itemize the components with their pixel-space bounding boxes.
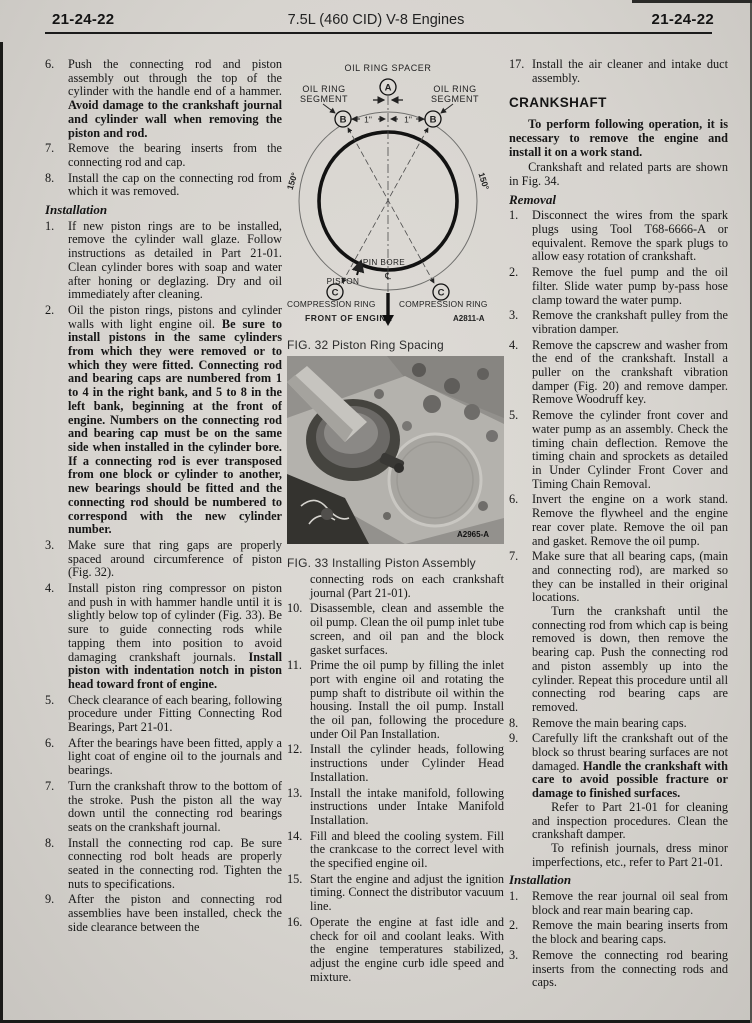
- item-body: Remove the fuel pump and the oil filter.…: [532, 266, 728, 307]
- list-item: 3.Remove the crankshaft pulley from the …: [509, 309, 728, 336]
- item-body: Start the engine and adjust the ignition…: [310, 873, 504, 914]
- photo-bolt-hole: [423, 395, 441, 413]
- item-number: 14.: [287, 830, 310, 871]
- body-text: Disassemble, clean and assemble the oil …: [310, 601, 504, 656]
- text-line: Turn the crankshaft until the connecting…: [532, 605, 728, 715]
- body-text: Invert the engine on a work stand. Remov…: [532, 492, 728, 547]
- item-number: 3.: [45, 539, 68, 580]
- body-text: Remove the cylinder front cover and wate…: [532, 408, 728, 491]
- photo-deck-hole: [478, 501, 488, 511]
- item-number: 7.: [509, 550, 532, 714]
- figure-32-caption: FIG. 32 Piston Ring Spacing: [287, 338, 504, 352]
- column-middle-text: connecting rods on each crankshaft journ…: [287, 571, 504, 1011]
- text-line: Disconnect the wires from the spark plug…: [532, 209, 728, 264]
- item-number: 1.: [509, 890, 532, 917]
- photo-bolt-hole: [477, 368, 489, 380]
- list-item: 7.Make sure that all bearing caps, (main…: [509, 550, 728, 714]
- page-number-right: 21-24-22: [652, 11, 714, 28]
- body-text: Turn the crankshaft throw to the bottom …: [68, 779, 282, 834]
- text-line: Prime the oil pump by filling the inlet …: [310, 659, 504, 741]
- list-item: 2.Oil the piston rings, pistons and cyli…: [45, 304, 282, 537]
- marker-c-label: C: [332, 288, 339, 299]
- item-number: 5.: [45, 694, 68, 735]
- subsection-heading: Removal: [509, 193, 728, 207]
- page-title: 7.5L (460 CID) V-8 Engines: [0, 12, 752, 28]
- text-line: Remove the main bearing caps.: [532, 717, 728, 731]
- item-number: 1.: [45, 220, 68, 302]
- list-item: 12.Install the cylinder heads, following…: [287, 743, 504, 784]
- list-item: 8.Remove the main bearing caps.: [509, 717, 728, 731]
- body-text: Make sure that all bearing caps, (main a…: [532, 549, 728, 604]
- text-line: To refinish journals, dress minor imperf…: [532, 842, 728, 869]
- body-text: If new piston rings are to be installed,…: [68, 219, 282, 302]
- text-line: Remove the crankshaft pulley from the vi…: [532, 309, 728, 336]
- subsection-heading: Installation: [509, 873, 728, 887]
- one-inch-label: 1": [404, 115, 412, 125]
- marker-b-label: B: [340, 115, 347, 126]
- text-line: Push the connecting rod and piston assem…: [68, 58, 282, 140]
- item-number: 1.: [509, 209, 532, 264]
- body-text: Make sure that ring gaps are properly sp…: [68, 538, 282, 579]
- leader-arrow: [323, 104, 335, 113]
- text-line: Make sure that ring gaps are properly sp…: [68, 539, 282, 580]
- marker-a-label: A: [385, 83, 392, 94]
- section-heading: CRANKSHAFT: [509, 96, 728, 110]
- list-item: 10.Disassemble, clean and assemble the o…: [287, 602, 504, 657]
- list-item: 7.Remove the bearing inserts from the co…: [45, 142, 282, 169]
- photo-bolt-hole: [444, 378, 460, 394]
- body-text: Remove the crankshaft pulley from the vi…: [532, 308, 728, 336]
- body-text: Check clearance of each bearing, followi…: [68, 693, 282, 734]
- body-text: After the bearings have been fitted, app…: [68, 736, 282, 777]
- text-line: Remove the capscrew and washer from the …: [532, 339, 728, 408]
- text-line: Crankshaft and related parts are shown i…: [509, 161, 728, 188]
- item-number: 15.: [287, 873, 310, 914]
- text-line: Install the intake manifold, following i…: [310, 787, 504, 828]
- body-text: Remove the main bearing caps.: [532, 716, 687, 730]
- item-number: 11.: [287, 659, 310, 741]
- installing-piston-photo: A2965-A: [287, 356, 504, 544]
- item-body: Remove the capscrew and washer from the …: [532, 339, 728, 408]
- text-line: Remove the main bearing inserts from the…: [532, 919, 728, 946]
- text-line: After the bearings have been fitted, app…: [68, 737, 282, 778]
- text-line: If new piston rings are to be installed,…: [68, 220, 282, 302]
- item-number: 2.: [45, 304, 68, 537]
- list-item: 1.Remove the rear journal oil seal from …: [509, 890, 728, 917]
- text-line: Oil the piston rings, pistons and cylind…: [68, 304, 282, 537]
- text-line: Fill and bleed the cooling system. Fill …: [310, 830, 504, 871]
- photo-deck-hole: [383, 512, 391, 520]
- text-line: To perform following operation, it is ne…: [509, 118, 728, 159]
- item-body: Install the intake manifold, following i…: [310, 787, 504, 828]
- item-body: Remove the cylinder front cover and wate…: [532, 409, 728, 491]
- list-item: 5.Remove the cylinder front cover and wa…: [509, 409, 728, 491]
- text-line: Install the cylinder heads, following in…: [310, 743, 504, 784]
- body-text: Push the connecting rod and piston assem…: [68, 57, 282, 98]
- column-left: 6.Push the connecting rod and piston ass…: [45, 56, 282, 1008]
- item-body: After the bearings have been fitted, app…: [68, 737, 282, 778]
- photo-bolt-hole: [402, 421, 412, 431]
- list-item: 3.Make sure that ring gaps are properly …: [45, 539, 282, 580]
- item-number: 2.: [509, 919, 532, 946]
- front-of-engine-label: FRONT OF ENGINE: [305, 313, 392, 323]
- text-line: Start the engine and adjust the ignition…: [310, 873, 504, 914]
- item-number: 6.: [45, 737, 68, 778]
- scan-edge-top-right: [632, 0, 752, 3]
- paragraph: connecting rods on each crankshaft journ…: [287, 573, 504, 600]
- item-number: 8.: [45, 837, 68, 892]
- item-number: 13.: [287, 787, 310, 828]
- list-item: 13.Install the intake manifold, followin…: [287, 787, 504, 828]
- text-line: Install the air cleaner and intake duct …: [532, 58, 728, 85]
- list-item: 8.Install the cap on the connecting rod …: [45, 172, 282, 199]
- text-line: Invert the engine on a work stand. Remov…: [532, 493, 728, 548]
- body-text: Fill and bleed the cooling system. Fill …: [310, 829, 504, 870]
- compression-ring-label: COMPRESSION RING: [399, 299, 487, 309]
- body-text: Install the air cleaner and intake duct …: [532, 57, 728, 85]
- list-item: 4.Install piston ring compressor on pist…: [45, 582, 282, 692]
- item-number: 9.: [45, 893, 68, 934]
- list-item: 6.Push the connecting rod and piston ass…: [45, 58, 282, 140]
- body-text: Remove the rear journal oil seal from bl…: [532, 889, 728, 917]
- item-number: 4.: [509, 339, 532, 408]
- item-body: Remove the bearing inserts from the conn…: [68, 142, 282, 169]
- oil-ring-segment-label: SEGMENT: [300, 94, 348, 104]
- marker-b-label: B: [430, 115, 437, 126]
- text-line: Turn the crankshaft throw to the bottom …: [68, 780, 282, 835]
- paragraph: Crankshaft and related parts are shown i…: [509, 161, 728, 188]
- item-body: Prime the oil pump by filling the inlet …: [310, 659, 504, 741]
- text-line: connecting rods on each crankshaft journ…: [310, 573, 504, 600]
- figure-code: A2965-A: [457, 530, 489, 539]
- photo-clamp-bolt: [394, 463, 404, 473]
- list-item: 1.Disconnect the wires from the spark pl…: [509, 209, 728, 264]
- item-body: After the piston and connecting rod asse…: [68, 893, 282, 934]
- item-body: Disconnect the wires from the spark plug…: [532, 209, 728, 264]
- bold-text: Be sure to install pistons in the same c…: [68, 317, 282, 537]
- list-item: 2.Remove the fuel pump and the oil filte…: [509, 266, 728, 307]
- scan-edge-left: [0, 42, 3, 1023]
- bold-text: To perform following operation, it is ne…: [509, 117, 728, 158]
- list-item: 2.Remove the main bearing inserts from t…: [509, 919, 728, 946]
- body-text: Install the connecting rod cap. Be sure …: [68, 836, 282, 891]
- text-line: Remove the bearing inserts from the conn…: [68, 142, 282, 169]
- list-item: 5.Check clearance of each bearing, follo…: [45, 694, 282, 735]
- item-body: Fill and bleed the cooling system. Fill …: [310, 830, 504, 871]
- item-body: Make sure that all bearing caps, (main a…: [532, 550, 728, 714]
- paragraph: To perform following operation, it is ne…: [509, 118, 728, 159]
- compression-ring-label: COMPRESSION RING: [287, 299, 375, 309]
- item-body: Disassemble, clean and assemble the oil …: [310, 602, 504, 657]
- item-number: 16.: [287, 916, 310, 985]
- text-line: Disassemble, clean and assemble the oil …: [310, 602, 504, 657]
- oil-ring-segment-label: SEGMENT: [431, 94, 479, 104]
- item-number: 12.: [287, 743, 310, 784]
- item-number: 8.: [509, 717, 532, 731]
- angle-150-label: 150°: [287, 171, 300, 191]
- item-body: Remove the rear journal oil seal from bl…: [532, 890, 728, 917]
- item-body: Invert the engine on a work stand. Remov…: [532, 493, 728, 548]
- body-text: Install the cap on the connecting rod fr…: [68, 171, 282, 199]
- text-line: Remove the cylinder front cover and wate…: [532, 409, 728, 491]
- body-text: After the piston and connecting rod asse…: [68, 892, 282, 933]
- list-item: 8.Install the connecting rod cap. Be sur…: [45, 837, 282, 892]
- leader-arrow: [441, 104, 453, 113]
- item-number: 6.: [45, 58, 68, 140]
- body-text: Start the engine and adjust the ignition…: [310, 872, 504, 913]
- body-text: Remove the capscrew and washer from the …: [532, 338, 728, 407]
- item-number: 2.: [509, 266, 532, 307]
- text-line: Remove the fuel pump and the oil filter.…: [532, 266, 728, 307]
- item-number: 7.: [45, 780, 68, 835]
- item-number: 7.: [45, 142, 68, 169]
- photo-bolt-hole: [412, 363, 426, 377]
- item-body: Push the connecting rod and piston assem…: [68, 58, 282, 140]
- body-text: Prime the oil pump by filling the inlet …: [310, 658, 504, 741]
- oil-ring-segment-label: OIL RING: [302, 84, 345, 94]
- item-body: Make sure that ring gaps are properly sp…: [68, 539, 282, 580]
- one-inch-label: 1": [364, 115, 372, 125]
- photo-bolt-hole: [486, 430, 498, 442]
- body-text: Remove the fuel pump and the oil filter.…: [532, 265, 728, 306]
- header-rule: [45, 32, 712, 34]
- list-item: 1.If new piston rings are to be installe…: [45, 220, 282, 302]
- list-item: 7.Turn the crankshaft throw to the botto…: [45, 780, 282, 835]
- text-line: After the piston and connecting rod asse…: [68, 893, 282, 934]
- body-text: Disconnect the wires from the spark plug…: [532, 208, 728, 263]
- item-body: Install the air cleaner and intake duct …: [532, 58, 728, 85]
- item-body: Oil the piston rings, pistons and cylind…: [68, 304, 282, 537]
- body-text: Remove the main bearing inserts from the…: [532, 918, 728, 946]
- list-item: 6.After the bearings have been fitted, a…: [45, 737, 282, 778]
- list-item: 17.Install the air cleaner and intake du…: [509, 58, 728, 85]
- text-line: Carefully lift the crankshaft out of the…: [532, 732, 728, 801]
- item-body: Turn the crankshaft throw to the bottom …: [68, 780, 282, 835]
- manual-page: 21-24-22 7.5L (460 CID) V-8 Engines 21-2…: [0, 0, 752, 1023]
- item-body: Operate the engine at fast idle and chec…: [310, 916, 504, 985]
- centerline-symbol: ℄: [384, 271, 391, 281]
- text-line: Remove the connecting rod bearing insert…: [532, 949, 728, 990]
- item-number: 9.: [509, 732, 532, 869]
- body-text: Turn the crankshaft until the connecting…: [532, 604, 728, 714]
- item-body: Remove the main bearing caps.: [532, 717, 728, 731]
- item-number: 6.: [509, 493, 532, 548]
- marker-c-label: C: [438, 288, 445, 299]
- photo-fitting: [321, 508, 333, 520]
- text-line: Install the connecting rod cap. Be sure …: [68, 837, 282, 892]
- body-text: Refer to Part 21-01 for cleaning and ins…: [532, 800, 728, 841]
- item-number: 5.: [509, 409, 532, 491]
- body-text: Crankshaft and related parts are shown i…: [509, 160, 728, 188]
- item-body: Check clearance of each bearing, followi…: [68, 694, 282, 735]
- text-line: Operate the engine at fast idle and chec…: [310, 916, 504, 985]
- list-item: 14.Fill and bleed the cooling system. Fi…: [287, 830, 504, 871]
- text-line: Check clearance of each bearing, followi…: [68, 694, 282, 735]
- item-body: Remove the crankshaft pulley from the vi…: [532, 309, 728, 336]
- list-item: 3.Remove the connecting rod bearing inse…: [509, 949, 728, 990]
- item-number: 10.: [287, 602, 310, 657]
- item-body: Remove the main bearing inserts from the…: [532, 919, 728, 946]
- body-text: Remove the connecting rod bearing insert…: [532, 948, 728, 989]
- list-item: 11.Prime the oil pump by filling the inl…: [287, 659, 504, 741]
- oil-ring-segment-label: OIL RING: [433, 84, 476, 94]
- column-right: 17.Install the air cleaner and intake du…: [509, 56, 728, 1008]
- pin-bore-label: PIN BORE: [363, 258, 405, 267]
- list-item: 16.Operate the engine at fast idle and c…: [287, 916, 504, 985]
- body-text: connecting rods on each crankshaft journ…: [310, 572, 504, 600]
- item-body: If new piston rings are to be installed,…: [68, 220, 282, 302]
- item-number: 8.: [45, 172, 68, 199]
- photo-bolt-hole: [464, 404, 480, 420]
- figure-33: A2965-A FIG. 33 Installing Piston Assemb…: [287, 356, 504, 570]
- text-line: Refer to Part 21-01 for cleaning and ins…: [532, 801, 728, 842]
- list-item: 4.Remove the capscrew and washer from th…: [509, 339, 728, 408]
- body-text: Install the cylinder heads, following in…: [310, 742, 504, 783]
- piston-ring-spacing-diagram: A B B C C OIL RING SPACER OIL RING SEGME…: [287, 60, 504, 326]
- body-text: Install the intake manifold, following i…: [310, 786, 504, 827]
- text-line: Install the cap on the connecting rod fr…: [68, 172, 282, 199]
- body-text: Remove the bearing inserts from the conn…: [68, 141, 282, 169]
- item-body: Remove the connecting rod bearing insert…: [532, 949, 728, 990]
- angle-150-label: 150°: [477, 171, 492, 191]
- list-item: 6.Invert the engine on a work stand. Rem…: [509, 493, 728, 548]
- photo-deck-hole: [374, 389, 384, 399]
- item-body: Install the cylinder heads, following in…: [310, 743, 504, 784]
- list-item: 9.Carefully lift the crankshaft out of t…: [509, 732, 728, 869]
- figure-code: A2811-A: [453, 314, 485, 323]
- oil-ring-spacer-label: OIL RING SPACER: [344, 63, 431, 73]
- figure-32: A B B C C OIL RING SPACER OIL RING SEGME…: [287, 60, 504, 352]
- item-body: Install the connecting rod cap. Be sure …: [68, 837, 282, 892]
- body-text: Operate the engine at fast idle and chec…: [310, 915, 504, 984]
- text-line: Make sure that all bearing caps, (main a…: [532, 550, 728, 605]
- item-number: 17.: [509, 58, 532, 85]
- text-line: Remove the rear journal oil seal from bl…: [532, 890, 728, 917]
- body-text: To refinish journals, dress minor imperf…: [532, 841, 728, 869]
- item-number: 4.: [45, 582, 68, 692]
- item-body: Carefully lift the crankshaft out of the…: [532, 732, 728, 869]
- item-body: Install piston ring compressor on piston…: [68, 582, 282, 692]
- item-number: 3.: [509, 309, 532, 336]
- subsection-heading: Installation: [45, 203, 282, 217]
- figure-33-caption: FIG. 33 Installing Piston Assembly: [287, 556, 504, 570]
- item-body: Install the cap on the connecting rod fr…: [68, 172, 282, 199]
- text-line: Install piston ring compressor on piston…: [68, 582, 282, 692]
- bold-text: Avoid damage to the crankshaft journal a…: [68, 98, 282, 139]
- item-number: 3.: [509, 949, 532, 990]
- list-item: 15.Start the engine and adjust the ignit…: [287, 873, 504, 914]
- list-item: 9.After the piston and connecting rod as…: [45, 893, 282, 934]
- piston-label: PISTON: [327, 277, 360, 286]
